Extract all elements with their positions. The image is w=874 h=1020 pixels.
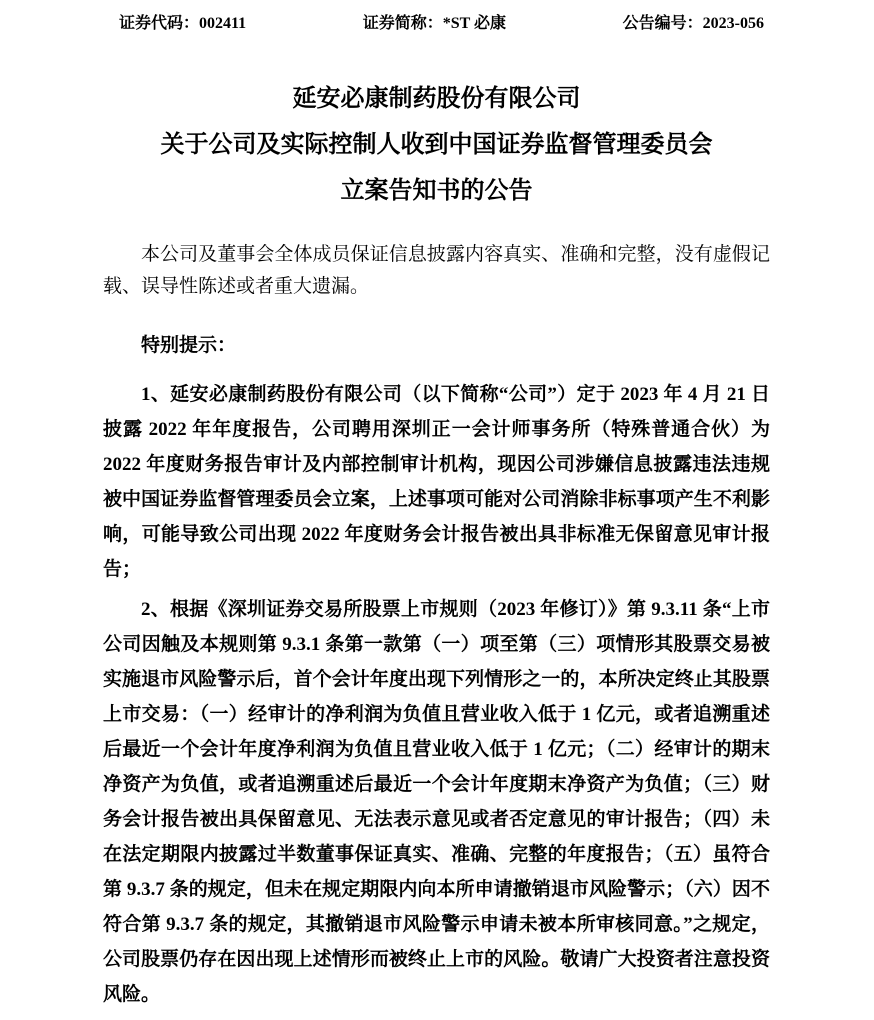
- title-subject-line-1: 关于公司及实际控制人收到中国证券监督管理委员会: [103, 122, 770, 168]
- special-notice-item-2: 2、根据《深圳证券交易所股票上市规则（2023 年修订）》第 9.3.11 条“…: [103, 592, 770, 1012]
- board-disclaimer: 本公司及董事会全体成员保证信息披露内容真实、准确和完整，没有虚假记载、误导性陈述…: [103, 239, 770, 303]
- company-name: 延安必康制药股份有限公司: [103, 76, 770, 122]
- title-subject-line-2: 立案告知书的公告: [103, 168, 770, 214]
- announcement-number: 公告编号：2023-056: [623, 14, 764, 34]
- document-header: 证券代码：002411 证券简称：*ST 必康 公告编号：2023-056: [103, 14, 770, 34]
- document-title: 延安必康制药股份有限公司 关于公司及实际控制人收到中国证券监督管理委员会 立案告…: [103, 76, 770, 214]
- special-notice-item-1: 1、延安必康制药股份有限公司（以下简称“公司”）定于 2023 年 4 月 21…: [103, 377, 770, 587]
- stock-code: 证券代码：002411: [119, 14, 246, 34]
- special-notice-heading: 特别提示：: [103, 328, 770, 363]
- stock-abbreviation: 证券简称：*ST 必康: [363, 14, 506, 34]
- announcement-page: 证券代码：002411 证券简称：*ST 必康 公告编号：2023-056 延安…: [0, 0, 874, 1020]
